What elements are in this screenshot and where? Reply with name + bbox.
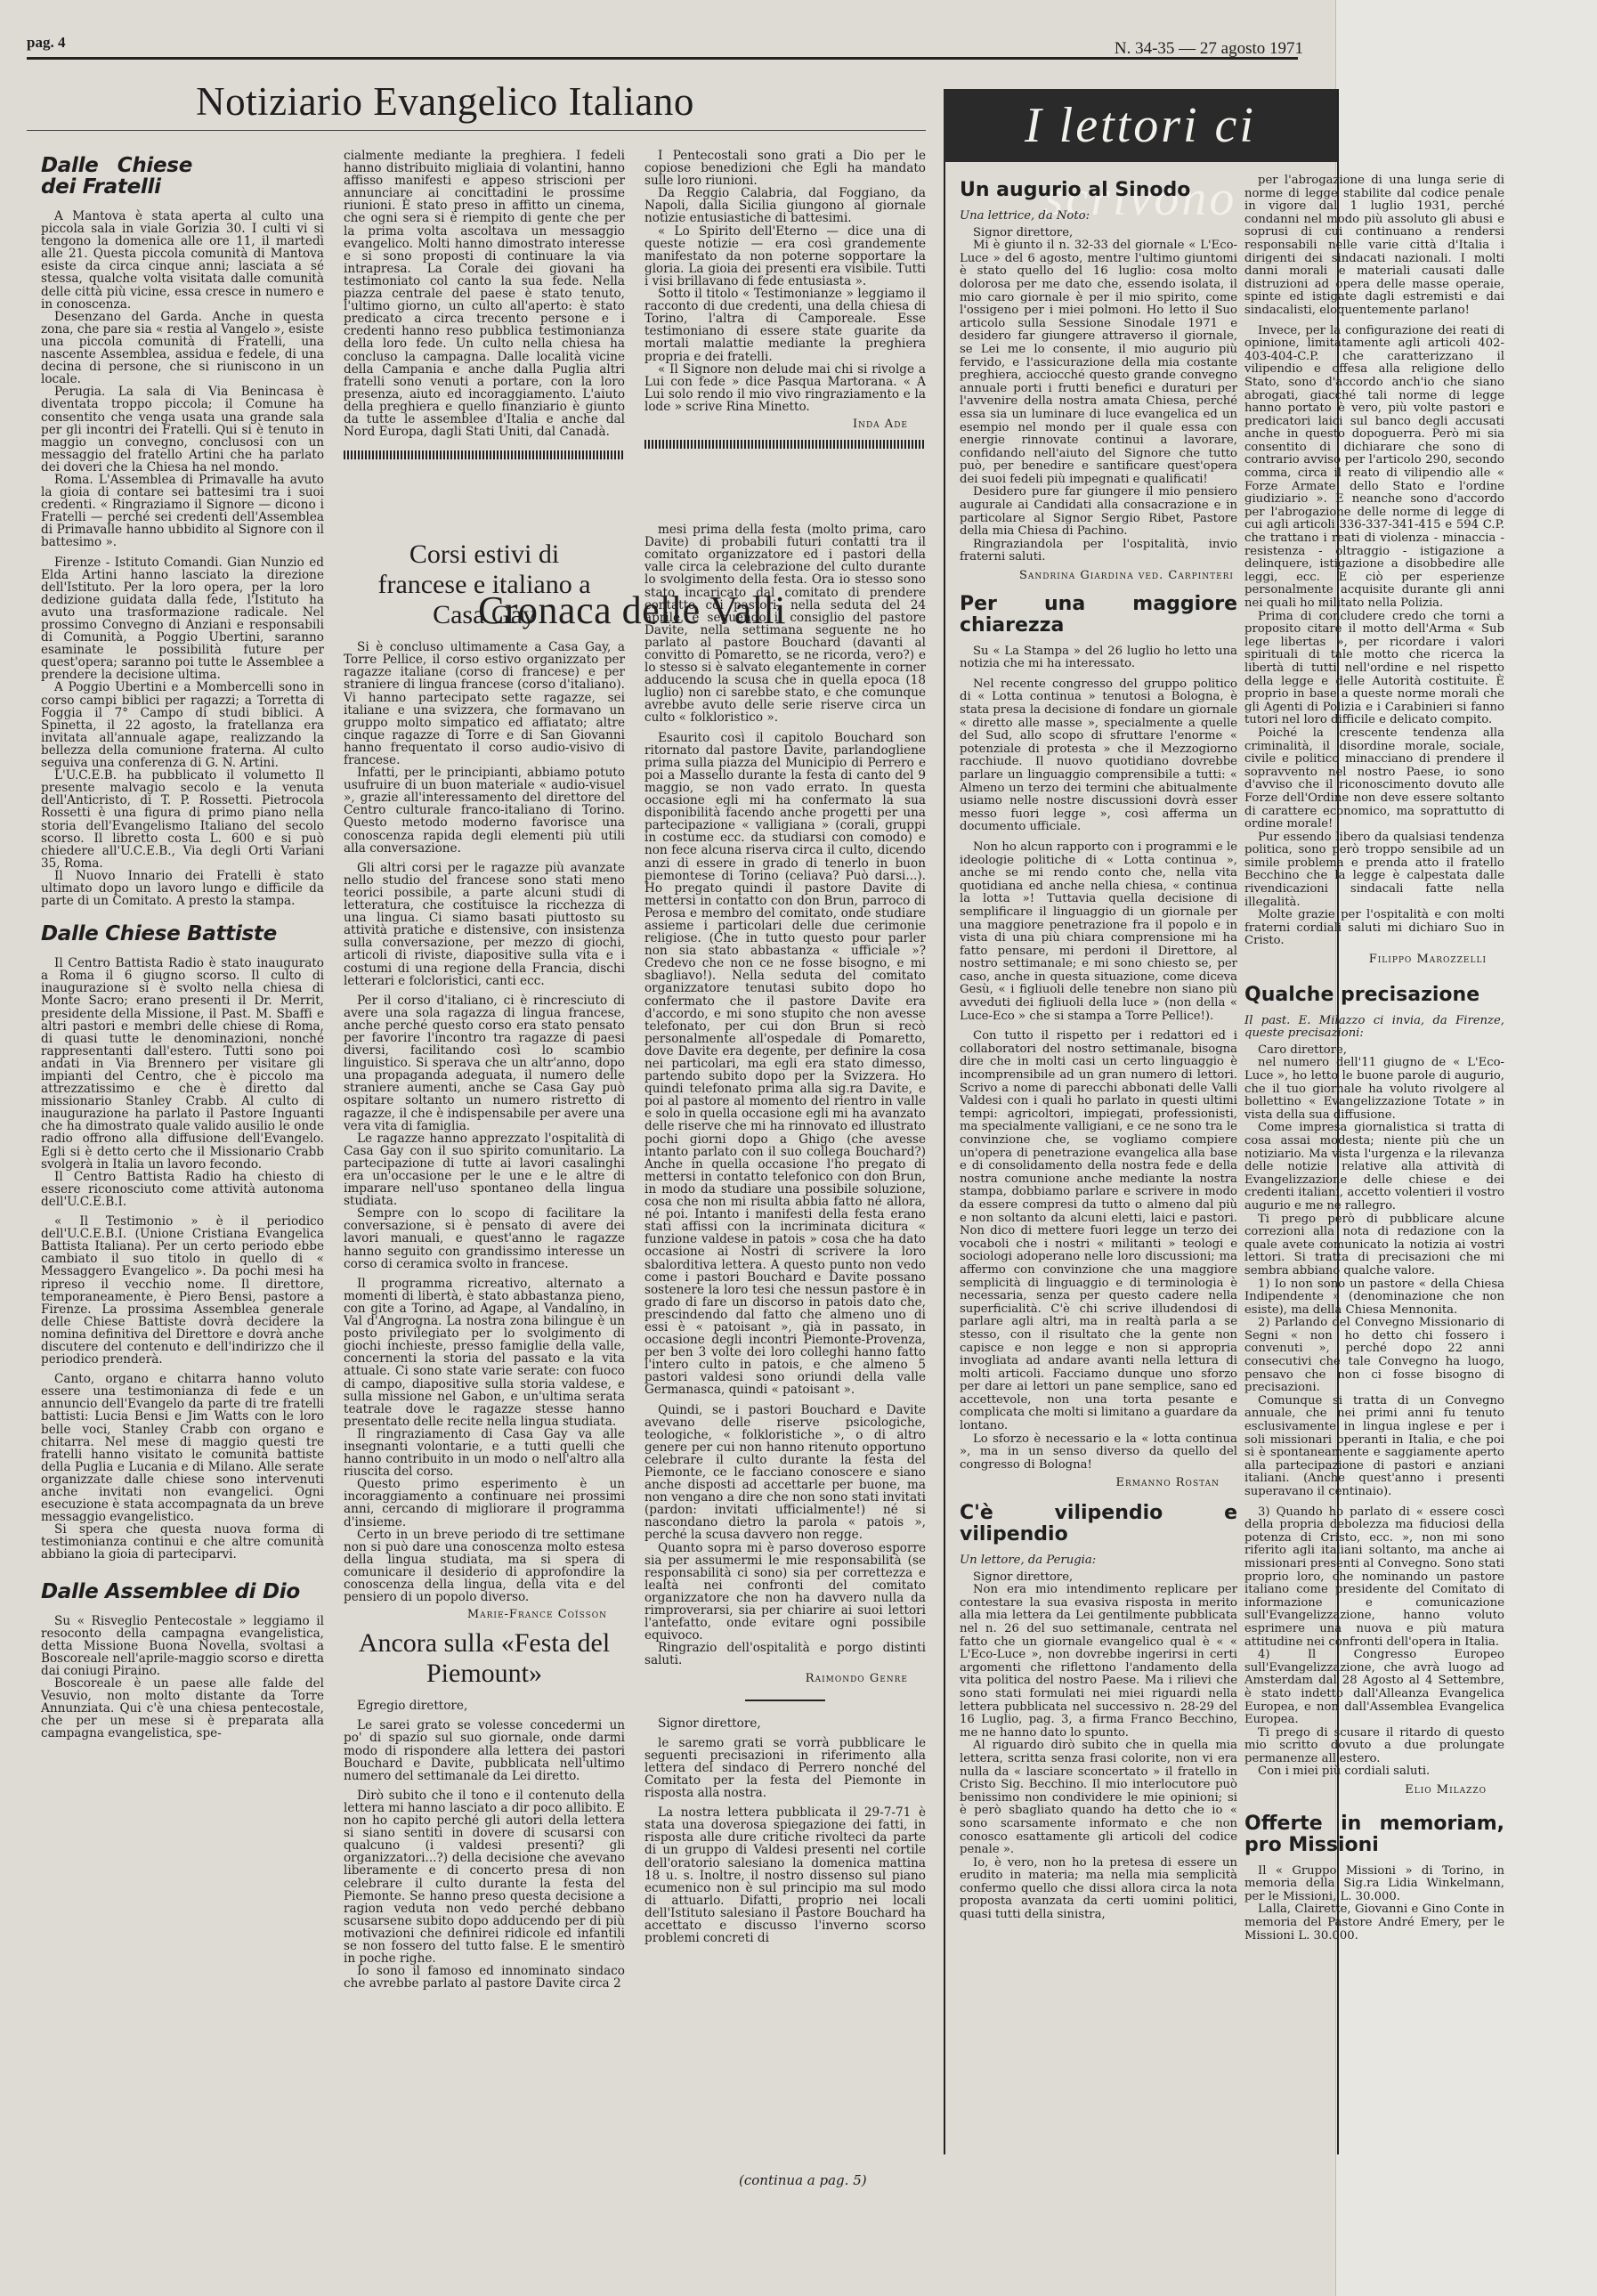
paragraph: Io, è vero, non ho la pretesa di essere … — [960, 1857, 1237, 1922]
signature-giardina: Sandrina Giardina ved. Carpinteri — [960, 570, 1234, 583]
heading-cronaca-valli: Cronaca delle Valli — [338, 588, 926, 633]
article-vilipendio-cont: per l'abrogazione di una lunga serie di … — [1244, 174, 1504, 948]
paragraph: Molte grazie per l'ospitalità e con molt… — [1244, 909, 1504, 948]
precisazione-salutation: Caro direttore, — [1244, 1044, 1504, 1058]
signature-rostan: Ermanno Rostan — [960, 1477, 1220, 1490]
article-offerte: Il « Gruppo Missioni » di Torino, in mem… — [1244, 1865, 1504, 1943]
column-3: I Pentecostali sono grati a Dio per le c… — [644, 150, 926, 1944]
article-vilipendio: Non era mio intendimento replicare per c… — [960, 1584, 1237, 1921]
paragraph: Boscoreale è un paese alle falde del Ves… — [41, 1677, 324, 1740]
paragraph: 3) Quando ho parlato di « essere coscì d… — [1244, 1506, 1504, 1650]
paragraph: Gli altri corsi per le ragazze più avanz… — [344, 862, 625, 987]
paragraph: A Mantova è stata aperta al culto una pi… — [41, 210, 324, 311]
issue-date: N. 34-35 — 27 agosto 1971 — [1115, 39, 1303, 59]
article-fratelli: A Mantova è stata aperta al culto una pi… — [41, 210, 324, 907]
paragraph: Quindi, se i pastori Bouchard e Davite a… — [644, 1404, 926, 1542]
article-chiarezza: Su « La Stampa » del 26 luglio ho letto … — [960, 645, 1237, 1473]
signature-milazzo: Elio Milazzo — [1244, 1784, 1487, 1797]
paragraph: Non era mio intendimento replicare per c… — [960, 1584, 1237, 1740]
letters-column-2: per l'abrogazione di una lunga serie di … — [1244, 174, 1504, 1943]
paragraph: Nel recente congresso del gruppo politic… — [960, 678, 1237, 834]
paragraph: Da Reggio Calabria, dal Foggiano, da Nap… — [644, 187, 926, 224]
article-assemblee: Su « Risveglio Pentecostale » leggiamo i… — [41, 1615, 324, 1740]
paragraph: 4) Il Congresso Europeo sull'Evangelizza… — [1244, 1649, 1504, 1727]
vilipendio-salutation: Signor direttore, — [960, 1571, 1237, 1585]
paragraph: Il programma ricreativo, alternato a mom… — [344, 1278, 625, 1428]
heading-fratelli: Dalle Chiese dei Fratelli — [41, 155, 192, 198]
paragraph: Pur essendo libero da qualsiasi tendenza… — [1244, 832, 1504, 910]
paragraph: 2) Parlando del Convegno Missionario di … — [1244, 1317, 1504, 1395]
paragraph: Con tutto il rispetto per i redattori ed… — [960, 1030, 1237, 1432]
column-1: Dalle Chiese dei Fratelli A Mantova è st… — [41, 150, 324, 1740]
heading-offerte: Offerte in memoriam, pro Missioni — [1244, 1813, 1504, 1856]
sinodo-salutation: Signor direttore, — [960, 227, 1237, 240]
paragraph: Le ragazze hanno apprezzato l'ospitalità… — [344, 1132, 625, 1208]
short-divider — [745, 1700, 825, 1701]
heading-battiste: Dalle Chiese Battiste — [41, 923, 324, 945]
paragraph: Desidero pure far giungere il mio pensie… — [960, 486, 1237, 538]
paragraph: Su « Risveglio Pentecostale » leggiamo i… — [41, 1615, 324, 1677]
sinodo-lead: Una lettrice, da Noto: — [960, 210, 1237, 223]
paragraph: Al riguardo dirò subito che in quella mi… — [960, 1740, 1237, 1856]
dashed-divider — [344, 450, 625, 459]
article-reply: le saremo grati se vorrà pubblicare le s… — [644, 1737, 926, 1945]
continued-note: (continua a pag. 5) — [739, 2172, 867, 2188]
paragraph: « Lo Spirito dell'Eterno — dice una di q… — [644, 225, 926, 288]
column-2: cialmente mediante la preghiera. I fedel… — [344, 150, 625, 1990]
paragraph: Invece, per la configurazione dei reati … — [1244, 325, 1504, 611]
paragraph: Prima di concludere credo che torni a pr… — [1244, 611, 1504, 727]
paragraph: Infatti, per le principianti, abbiamo po… — [344, 767, 625, 855]
signature-genre: Raimondo Genre — [644, 1673, 908, 1685]
masthead-rule — [27, 130, 926, 131]
paragraph: Desenzano del Garda. Anche in questa zon… — [41, 311, 324, 386]
paragraph: Canto, organo e chitarra hanno voluto es… — [41, 1373, 324, 1523]
article-festa-cont: mesi prima della festa (molto prima, car… — [644, 523, 926, 1667]
paragraph: Come impresa giornalistica si tratta di … — [1244, 1122, 1504, 1213]
paragraph: Lo sforzo è necessario e la « lotta cont… — [960, 1433, 1237, 1473]
article-festa: Le sarei grato se volesse concedermi un … — [344, 1719, 625, 1990]
page-number: pag. 4 — [27, 34, 65, 52]
paragraph: Io sono il famoso ed innominato sindaco … — [344, 1965, 625, 1990]
header-rule — [27, 57, 1298, 60]
heading-chiarezza: Per una maggiore chiarezza — [960, 594, 1237, 637]
article-assemblee-cont: cialmente mediante la preghiera. I fedel… — [344, 150, 625, 438]
paragraph: Firenze - Istituto Comandi. Gian Nunzio … — [41, 556, 324, 682]
paragraph: Il ringraziamento di Casa Gay va alle in… — [344, 1428, 625, 1478]
paragraph: Sempre con lo scopo di facilitare la con… — [344, 1207, 625, 1270]
paragraph: 1) Io non sono un pastore « della Chiesa… — [1244, 1278, 1504, 1318]
paragraph: Certo in un breve periodo di tre settima… — [344, 1529, 625, 1604]
section-masthead: Notiziario Evangelico Italiano — [134, 78, 757, 125]
paragraph: Ti prego però di pubblicare alcune corre… — [1244, 1213, 1504, 1278]
paragraph: Poiché la crescente tendenza alla crimin… — [1244, 727, 1504, 832]
paragraph: Si è concluso ultimamente a Casa Gay, a … — [344, 641, 625, 767]
signature-marozzelli: Filippo Marozzelli — [1244, 953, 1487, 967]
paragraph: « Il Signore non delude mai chi si rivol… — [644, 363, 926, 413]
paragraph: Il Centro Battista Radio è stato inaugur… — [41, 957, 324, 1171]
vilipendio-lead: Un lettore, da Perugia: — [960, 1554, 1237, 1568]
paragraph: nel numero dell'11 giugno de « L'Eco-Luc… — [1244, 1057, 1504, 1122]
heading-festa-piemount: Ancora sulla «Festa del Piemount» — [344, 1628, 625, 1689]
paragraph: I Pentecostali sono grati a Dio per le c… — [644, 150, 926, 187]
paragraph: Perugia. La sala di Via Benincasa è dive… — [41, 385, 324, 474]
paragraph: le saremo grati se vorrà pubblicare le s… — [644, 1737, 926, 1799]
article-precisazione: nel numero dell'11 giugno de « L'Eco-Luc… — [1244, 1057, 1504, 1779]
paragraph: Sotto il titolo « Testimonianze » leggia… — [644, 288, 926, 363]
paragraph: La nostra lettera pubblicata il 29-7-71 … — [644, 1806, 926, 1944]
paragraph: Non ho alcun rapporto con i programmi e … — [960, 841, 1237, 1023]
paragraph: Ti prego di scusare il ritardo di questo… — [1244, 1727, 1504, 1766]
heading-precisazione: Qualche precisazione — [1244, 985, 1504, 1006]
paragraph: Esaurito così il capitolo Bouchard son r… — [644, 732, 926, 1397]
paragraph: Mi è giunto il n. 32-33 del giornale « L… — [960, 239, 1237, 486]
paragraph: Lalla, Clairette, Giovanni e Gino Conte … — [1244, 1903, 1504, 1943]
paragraph: Questo primo esperimento è un incoraggia… — [344, 1478, 625, 1528]
heading-assemblee: Dalle Assemblee di Dio — [41, 1581, 324, 1602]
heading-sinodo: Un augurio al Sinodo — [960, 180, 1237, 201]
signature-coisson: Marie-France Coïsson — [344, 1609, 607, 1621]
paragraph: per l'abrogazione di una lunga serie di … — [1244, 174, 1504, 318]
signature-inda-ade: Inda Ade — [644, 418, 908, 431]
article-pentecostali: I Pentecostali sono grati a Dio per le c… — [644, 150, 926, 413]
article-corsi: Si è concluso ultimamente a Casa Gay, a … — [344, 641, 625, 1603]
letters-column-1: Un augurio al Sinodo Una lettrice, da No… — [960, 174, 1237, 1922]
heading-vilipendio: C'è vilipendio e vilipendio — [960, 1503, 1237, 1546]
paragraph: Il « Gruppo Missioni » di Torino, in mem… — [1244, 1865, 1504, 1904]
paragraph: Per il corso d'italiano, ci è rincresciu… — [344, 994, 625, 1132]
paragraph: Roma. L'Assemblea di Primavalle ha avuto… — [41, 474, 324, 549]
paragraph: Il Nuovo Innario dei Fratelli è stato ul… — [41, 870, 324, 907]
paragraph: Comunque si tratta di un Convegno annual… — [1244, 1395, 1504, 1499]
paragraph: Il Centro Battista Radio ha chiesto di e… — [41, 1171, 324, 1208]
letters-banner: I lettori ci scrivono — [944, 89, 1337, 162]
paragraph: L'U.C.E.B. ha pubblicato il volumetto Il… — [41, 769, 324, 870]
paragraph: « Il Testimonio » è il periodico dell'U.… — [41, 1215, 324, 1366]
precisazione-lead: Il past. E. Milazzo ci invia, da Firenze… — [1244, 1015, 1504, 1041]
festa-salutation: Egregio direttore, — [344, 1700, 625, 1712]
article-sinodo: Mi è giunto il n. 32-33 del giornale « L… — [960, 239, 1237, 564]
paragraph: Quanto sopra mi è parso doveroso esporre… — [644, 1542, 926, 1643]
article-battiste: Il Centro Battista Radio è stato inaugur… — [41, 957, 324, 1561]
paragraph: Su « La Stampa » del 26 luglio ho letto … — [960, 645, 1237, 671]
paragraph: A Poggio Ubertini e a Mombercelli sono i… — [41, 681, 324, 769]
reply-salutation: Signor direttore, — [644, 1717, 926, 1730]
paragraph: Dirò subito che il tono e il contenuto d… — [344, 1789, 625, 1965]
dashed-divider-2 — [644, 440, 926, 449]
paragraph: Le sarei grato se volesse concedermi un … — [344, 1719, 625, 1781]
paragraph: Con i miei più cordiali saluti. — [1244, 1765, 1504, 1779]
paragraph: Ringrazio dell'ospitalità e porgo distin… — [644, 1642, 926, 1667]
paragraph: Ringraziandola per l'ospitalità, invio f… — [960, 539, 1237, 564]
paragraph: Si spera che questa nuova forma di testi… — [41, 1523, 324, 1561]
